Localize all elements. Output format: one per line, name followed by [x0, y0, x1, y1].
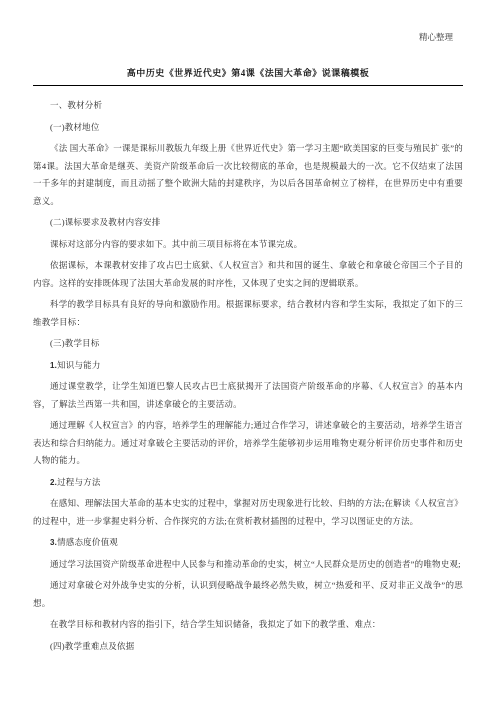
paragraph: 通过学习法国资产阶级革命进程中人民参与和推动革命的史实，树立“人民群众是历史的创…: [33, 556, 463, 574]
subsection-heading: (二)课标要求及教材内容安排: [33, 214, 463, 232]
watermark: 精心整理: [33, 0, 453, 43]
subsection-heading: (三)教学目标: [33, 335, 463, 353]
paragraph: 《法 国大革命》一课是课标川教版九年级上册《世界近代史》第一学习主题“欧美国家的…: [33, 140, 463, 210]
paragraph: 科学的教学目标具有良好的导向和激励作用。根据课标要求，结合教材内容和学生实际，我…: [33, 296, 463, 331]
paragraph: 课标对这部分内容的要求如下。其中前三项目标将在本节课完成。: [33, 236, 463, 254]
subsection-heading: (一)教材地位: [33, 119, 463, 137]
heading-label: 知识与能力: [57, 360, 101, 370]
title-divider: [33, 85, 463, 86]
document-page: 精心整理 高中历史《世界近代史》第4课《法国大革命》说课稿模板 一、教材分析(一…: [0, 0, 496, 702]
section-heading: 一、教材分析: [33, 97, 463, 115]
numbered-heading: 3.情感态度价值观: [33, 534, 463, 552]
numbered-heading: 2.过程与方法: [33, 474, 463, 492]
numbered-heading: 1.知识与能力: [33, 357, 463, 375]
document-body: 一、教材分析(一)教材地位《法 国大革命》一课是课标川教版九年级上册《世界近代史…: [33, 97, 463, 655]
heading-label: 情感态度价值观: [57, 537, 118, 547]
paragraph: 通过课堂教学，让学生知道巴黎人民攻占巴士底狱揭开了法国资产阶级革命的序幕、《人权…: [33, 378, 463, 413]
paragraph: 依据课标，本课教材安排了攻占巴士底狱、《人权宣言》和共和国的诞生、拿破仑和拿破仑…: [33, 257, 463, 292]
subsection-heading: (四)教学重难点及依据: [33, 638, 463, 656]
paragraph: 通过对拿破仑对外战争史实的分析，认识到侵略战争最终必然失败，树立“热爱和平、反对…: [33, 577, 463, 612]
paragraph: 通过理解《人权宣言》的内容，培养学生的理解能力;通过合作学习，讲述拿破仑的主要活…: [33, 417, 463, 470]
heading-label: 过程与方法: [57, 477, 101, 487]
paragraph: 在感知、理解法国大革命的基本史实的过程中，掌握对历史现象进行比较、归纳的方法;在…: [33, 495, 463, 530]
document-title: 高中历史《世界近代史》第4课《法国大革命》说课稿模板: [33, 67, 463, 80]
paragraph: 在教学目标和教材内容的指引下，结合学生知识储备，我拟定了如下的教学重、难点：: [33, 616, 463, 634]
